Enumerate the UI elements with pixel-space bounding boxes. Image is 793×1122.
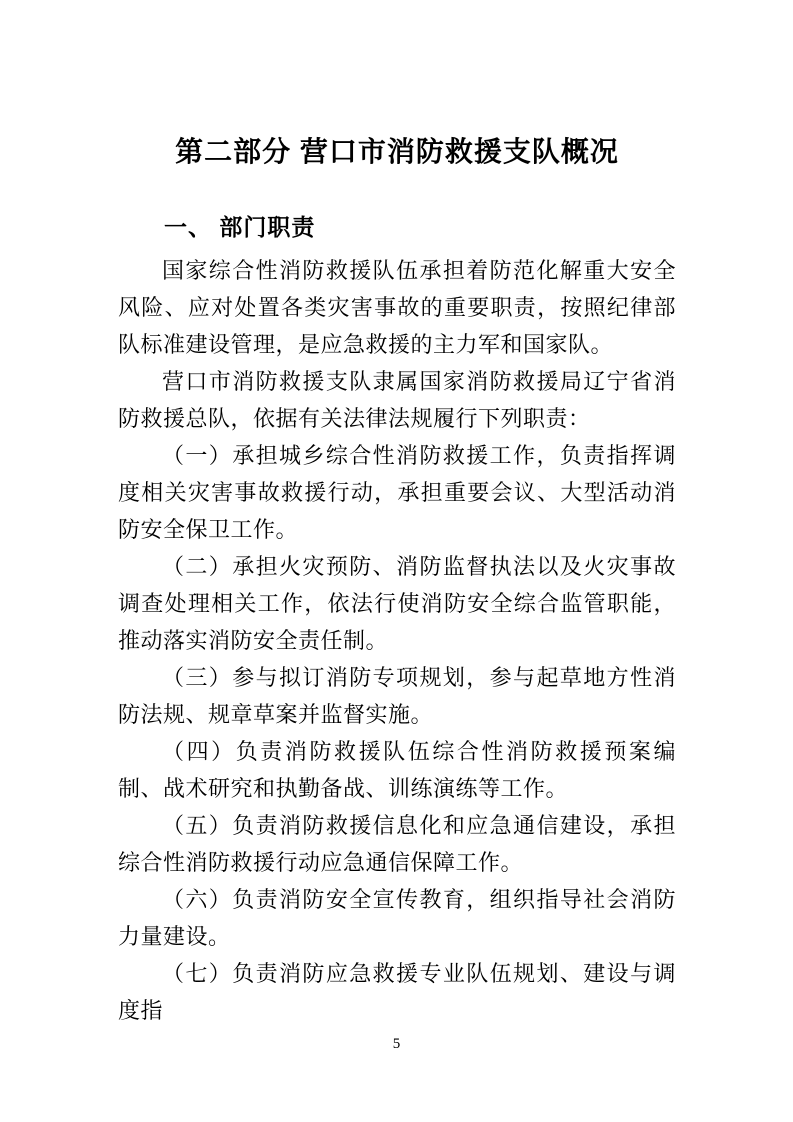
document-page: 第二部分 营口市消防救援支队概况 一、 部门职责 国家综合性消防救援队伍承担着防… (0, 0, 793, 1122)
body-paragraph: （七）负责消防应急救援专业队伍规划、建设与调度指 (118, 955, 676, 1029)
body-paragraph: 营口市消防救援支队隶属国家消防救援局辽宁省消防救援总队，依据有关法律法规履行下列… (118, 363, 676, 437)
section-heading: 一、 部门职责 (118, 212, 676, 242)
page-title: 第二部分 营口市消防救援支队概况 (118, 0, 676, 172)
body-paragraph: （五）负责消防救援信息化和应急通信建设，承担综合性消防救援行动应急通信保障工作。 (118, 807, 676, 881)
body-paragraph: （二）承担火灾预防、消防监督执法以及火灾事故调查处理相关工作，依法行使消防安全综… (118, 548, 676, 659)
page-content: 第二部分 营口市消防救援支队概况 一、 部门职责 国家综合性消防救援队伍承担着防… (118, 0, 676, 1029)
body-paragraph: （四）负责消防救援队伍综合性消防救援预案编制、战术研究和执勤备战、训练演练等工作… (118, 733, 676, 807)
body-paragraph: 国家综合性消防救援队伍承担着防范化解重大安全风险、应对处置各类灾害事故的重要职责… (118, 252, 676, 363)
page-number: 5 (0, 1036, 793, 1053)
body-text: 国家综合性消防救援队伍承担着防范化解重大安全风险、应对处置各类灾害事故的重要职责… (118, 252, 676, 1029)
body-paragraph: （三）参与拟订消防专项规划，参与起草地方性消防法规、规章草案并监督实施。 (118, 659, 676, 733)
body-paragraph: （六）负责消防安全宣传教育，组织指导社会消防力量建设。 (118, 881, 676, 955)
body-paragraph: （一）承担城乡综合性消防救援工作，负责指挥调度相关灾害事故救援行动，承担重要会议… (118, 437, 676, 548)
